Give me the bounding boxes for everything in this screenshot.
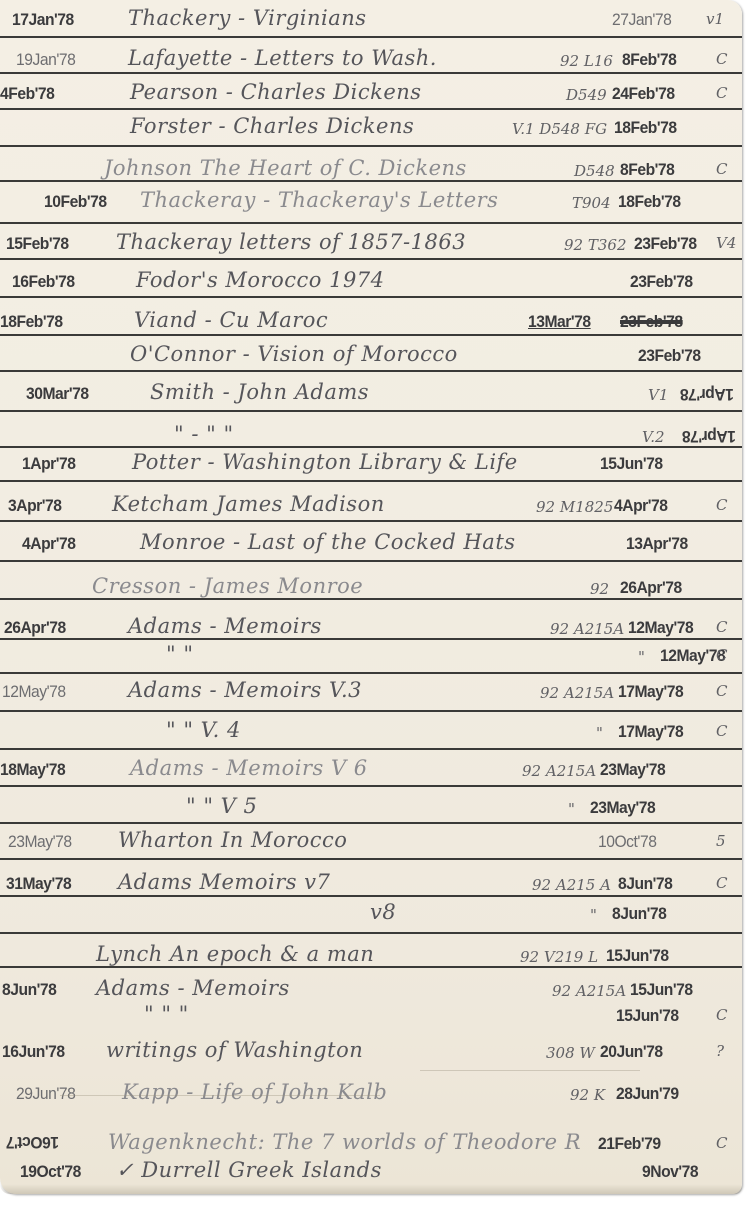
loan-record-row: 31May'78Adams Memoirs v792 A215 A8Jun'78… xyxy=(0,868,742,900)
handwritten-title: Adams - Memoirs xyxy=(96,976,290,1000)
return-date-stamp: 1Apr'78 xyxy=(680,384,734,404)
loan-record-row: 18Feb'78Viand - Cu Maroc23Feb'7813Mar'78 xyxy=(0,306,742,338)
loan-record-row: 4Apr'78Monroe - Last of the Cocked Hats1… xyxy=(0,528,742,560)
return-date-stamp: 17May'78 xyxy=(618,682,683,702)
loan-record-row: Lynch An epoch & a man92 V219 L15Jun'78 xyxy=(0,940,742,972)
handwritten-title: Thackery - Virginians xyxy=(128,6,367,30)
loan-record-row: 17Jan'78Thackery - Virginians27Jan'78v1 xyxy=(0,4,742,36)
ruled-line xyxy=(0,932,742,934)
return-date-stamp: 15Jun'78 xyxy=(600,454,663,474)
loan-record-row: " " "15Jun'78C xyxy=(0,1000,742,1032)
return-date-stamp: 15Jun'78 xyxy=(630,980,693,1000)
handwritten-title: " " " xyxy=(144,1002,189,1026)
return-date-stamp: 13Apr'78 xyxy=(626,534,688,554)
handwritten-title: Smith - John Adams xyxy=(150,380,369,404)
loan-record-row: 18May'78Adams - Memoirs V 692 A215A23May… xyxy=(0,754,742,786)
loan-record-row: 4Feb'78Pearson - Charles DickensD54924Fe… xyxy=(0,78,742,110)
call-number: " xyxy=(590,906,597,924)
loan-record-row: Forster - Charles DickensV.1 D548 FG18Fe… xyxy=(0,112,742,144)
ruled-line xyxy=(0,480,742,482)
return-date-stamp: 23Feb'78 xyxy=(634,234,697,254)
margin-mark: V4 xyxy=(716,234,736,252)
handwritten-title: " " xyxy=(166,642,194,666)
handwritten-title: Ketcham James Madison xyxy=(112,492,385,516)
loan-record-row: 29Jun'78Kapp - Life of John Kalb92 K28Ju… xyxy=(0,1078,742,1110)
margin-mark: C xyxy=(716,682,727,700)
call-number: " xyxy=(568,800,575,818)
handwritten-title: Kapp - Life of John Kalb xyxy=(122,1080,387,1104)
return-date-stamp: 21Feb'79 xyxy=(598,1134,661,1154)
loan-record-row: " " V. 4"17May'78C xyxy=(0,716,742,748)
loan-record-row: v8"8Jun'78 xyxy=(0,898,742,930)
call-number: D548 xyxy=(574,162,615,180)
margin-mark: C xyxy=(716,160,727,178)
return-date-stamp: 20Jun'78 xyxy=(600,1042,663,1062)
loan-record-row: Cresson - James Monroe9226Apr'78 xyxy=(0,572,742,604)
return-date-stamp: 12May'78 xyxy=(628,618,693,638)
loan-date-stamp: 19Jan'78 xyxy=(16,50,75,70)
handwritten-title: Lynch An epoch & a man xyxy=(96,942,374,966)
loan-date-stamp: 1Apr'78 xyxy=(22,454,76,474)
handwritten-title: Cresson - James Monroe xyxy=(92,574,363,598)
handwritten-title: writings of Washington xyxy=(106,1038,363,1062)
margin-mark: C xyxy=(716,646,727,664)
call-number: 92 A215A xyxy=(550,620,624,638)
call-number: 92 M1825 xyxy=(536,498,613,516)
loan-date-stamp: 26Apr'78 xyxy=(4,618,66,638)
loan-date-stamp: 3Apr'78 xyxy=(8,496,62,516)
loan-date-stamp: 31May'78 xyxy=(6,874,71,894)
ruled-line xyxy=(0,858,742,860)
return-date-stamp: 26Apr'78 xyxy=(620,578,682,598)
loan-date-stamp: 4Feb'78 xyxy=(0,84,54,104)
return-date-stamp: 8Feb'78 xyxy=(620,160,674,180)
return-date-stamp: 23Feb'78 xyxy=(638,346,701,366)
loan-date-stamp: 10Feb'78 xyxy=(44,192,107,212)
loan-date-stamp: 15Feb'78 xyxy=(6,234,69,254)
loan-record-row: 3Apr'78Ketcham James Madison92 M18254Apr… xyxy=(0,490,742,522)
return-date-stamp: 27Jan'78 xyxy=(612,10,671,30)
loan-date-stamp: 16Jun'78 xyxy=(2,1042,65,1062)
handwritten-title: ✓ Durrell Greek Islands xyxy=(116,1158,382,1182)
ruled-line xyxy=(0,145,742,147)
return-date-stamp: 15Jun'78 xyxy=(606,946,669,966)
return-date-stamp: 23Feb'78 xyxy=(630,272,693,292)
margin-mark: v1 xyxy=(706,10,724,28)
margin-mark: 5 xyxy=(716,832,726,850)
loan-date-stamp: 16Feb'78 xyxy=(12,272,75,292)
call-number: 92 A215 A xyxy=(532,876,611,894)
call-number: 92 L16 xyxy=(560,52,613,70)
return-date-stamp: 23May'78 xyxy=(600,760,665,780)
call-number: 92 A215A xyxy=(540,684,614,702)
struck-return-date-stamp: 23Feb'78 xyxy=(620,312,683,332)
call-number: 92 A215A xyxy=(552,982,626,1000)
handwritten-title: Forster - Charles Dickens xyxy=(130,114,414,138)
call-number: 92 A215A xyxy=(522,762,596,780)
ruled-line xyxy=(0,672,742,674)
handwritten-title: Monroe - Last of the Cocked Hats xyxy=(140,530,516,554)
call-number: 92 xyxy=(590,580,609,598)
return-date-stamp: 28Jun'79 xyxy=(616,1084,679,1104)
loan-date-stamp: 19Oct'78 xyxy=(20,1162,81,1182)
return-date-stamp: 23May'78 xyxy=(590,798,655,818)
handwritten-title: Johnson The Heart of C. Dickens xyxy=(104,156,467,180)
return-date-stamp: 10Oct'78 xyxy=(598,832,656,852)
ruled-line xyxy=(0,36,742,38)
handwritten-title: Adams - Memoirs xyxy=(128,614,322,638)
return-date-stamp: 13Mar'78 xyxy=(528,312,591,332)
handwritten-title: Adams - Memoirs V 6 xyxy=(130,756,368,780)
handwritten-title: Adams - Memoirs V.3 xyxy=(128,678,362,702)
handwritten-title: O'Connor - Vision of Morocco xyxy=(130,342,458,366)
loan-record-row: 12May'78Adams - Memoirs V.392 A215A17May… xyxy=(0,676,742,708)
handwritten-title: Viand - Cu Maroc xyxy=(134,308,328,332)
paper-crease xyxy=(60,1095,380,1096)
margin-mark: C xyxy=(716,618,727,636)
call-number: 308 W xyxy=(546,1044,595,1062)
loan-date-stamp: 18May'78 xyxy=(0,760,65,780)
call-number: " xyxy=(638,648,645,666)
loan-record-row: 16Jun'78writings of Washington308 W20Jun… xyxy=(0,1036,742,1068)
loan-date-stamp: 17Jan'78 xyxy=(12,10,74,30)
loan-record-row: 30Mar'78Smith - John AdamsV11Apr'78 xyxy=(0,378,742,410)
return-date-stamp: 18Feb'78 xyxy=(618,192,681,212)
loan-record-row: 1Apr'78Potter - Washington Library & Lif… xyxy=(0,448,742,480)
loan-date-stamp: 4Apr'78 xyxy=(22,534,76,554)
loan-date-stamp: 16Oct'7 xyxy=(6,1132,59,1152)
handwritten-title: Pearson - Charles Dickens xyxy=(130,80,422,104)
handwritten-title: " " V 5 xyxy=(186,794,257,818)
return-date-stamp: 4Apr'78 xyxy=(614,496,668,516)
ruled-line xyxy=(0,410,742,412)
loan-record-row: 15Feb'78Thackeray letters of 1857-186392… xyxy=(0,228,742,260)
handwritten-title: " - " " xyxy=(174,422,234,446)
call-number: " xyxy=(596,724,603,742)
margin-mark: C xyxy=(716,496,727,514)
return-date-stamp: 24Feb'78 xyxy=(612,84,675,104)
return-date-stamp: 15Jun'78 xyxy=(616,1006,679,1026)
handwritten-title: " " V. 4 xyxy=(166,718,241,742)
margin-mark: ? xyxy=(716,1042,724,1060)
loan-record-row: 23May'78Wharton In Morocco10Oct'785 xyxy=(0,826,742,858)
loan-record-row: Johnson The Heart of C. DickensD5488Feb'… xyxy=(0,154,742,186)
paper-crease xyxy=(420,1070,640,1071)
call-number: V.2 xyxy=(642,428,665,446)
return-date-stamp: 17May'78 xyxy=(618,722,683,742)
return-date-stamp: 9Nov'78 xyxy=(642,1162,698,1182)
margin-mark: C xyxy=(716,1006,727,1024)
return-date-stamp: 8Jun'78 xyxy=(612,904,666,924)
loan-record-row: " " V 5"23May'78 xyxy=(0,792,742,824)
call-number: 92 V219 L xyxy=(520,948,598,966)
return-date-stamp: 8Feb'78 xyxy=(622,50,676,70)
loan-date-stamp: 8Jun'78 xyxy=(2,980,56,1000)
ruled-line xyxy=(0,748,742,750)
return-date-stamp: 1Apr'78 xyxy=(682,426,736,446)
margin-mark: C xyxy=(716,1134,727,1152)
handwritten-title: Thackeray letters of 1857-1863 xyxy=(116,230,466,254)
loan-record-row: 10Feb'78Thackeray - Thackeray's LettersT… xyxy=(0,186,742,218)
loan-date-stamp: 30Mar'78 xyxy=(26,384,89,404)
loan-record-row: 16Feb'78Fodor's Morocco 197423Feb'78 xyxy=(0,266,742,298)
library-card: 17Jan'78Thackery - Virginians27Jan'78v11… xyxy=(0,0,742,1194)
handwritten-title: Potter - Washington Library & Life xyxy=(132,450,518,474)
call-number: 92 T362 xyxy=(564,236,627,254)
call-number: D549 xyxy=(566,86,607,104)
handwritten-title: Lafayette - Letters to Wash. xyxy=(128,46,437,70)
handwritten-title: Adams Memoirs v7 xyxy=(118,870,330,894)
loan-date-stamp: 29Jun'78 xyxy=(16,1084,75,1104)
call-number: T904 xyxy=(572,194,611,212)
loan-date-stamp: 12May'78 xyxy=(2,682,66,702)
ruled-line xyxy=(0,710,742,712)
call-number: V1 xyxy=(648,386,668,404)
loan-date-stamp: 18Feb'78 xyxy=(0,312,63,332)
handwritten-title: Fodor's Morocco 1974 xyxy=(136,268,385,292)
return-date-stamp: 8Jun'78 xyxy=(618,874,672,894)
margin-mark: C xyxy=(716,874,727,892)
call-number: V.1 D548 FG xyxy=(512,120,607,138)
handwritten-title: Wharton In Morocco xyxy=(118,828,347,852)
loan-record-row: " ""12May'78C xyxy=(0,640,742,672)
loan-record-row: 19Jan'78Lafayette - Letters to Wash.92 L… xyxy=(0,44,742,76)
ruled-line xyxy=(0,560,742,562)
margin-mark: C xyxy=(716,50,727,68)
margin-mark: C xyxy=(716,722,727,740)
call-number: 92 K xyxy=(570,1086,605,1104)
ruled-line xyxy=(0,222,742,224)
handwritten-title: Wagenknecht: The 7 worlds of Theodore R xyxy=(108,1130,581,1154)
handwritten-title: Thackeray - Thackeray's Letters xyxy=(140,188,498,212)
loan-record-row: 19Oct'78✓ Durrell Greek Islands9Nov'78 xyxy=(0,1156,742,1188)
loan-date-stamp: 23May'78 xyxy=(8,832,72,852)
loan-record-row: O'Connor - Vision of Morocco23Feb'78 xyxy=(0,340,742,372)
margin-mark: C xyxy=(716,84,727,102)
return-date-stamp: 18Feb'78 xyxy=(614,118,677,138)
handwritten-title: v8 xyxy=(370,900,396,924)
